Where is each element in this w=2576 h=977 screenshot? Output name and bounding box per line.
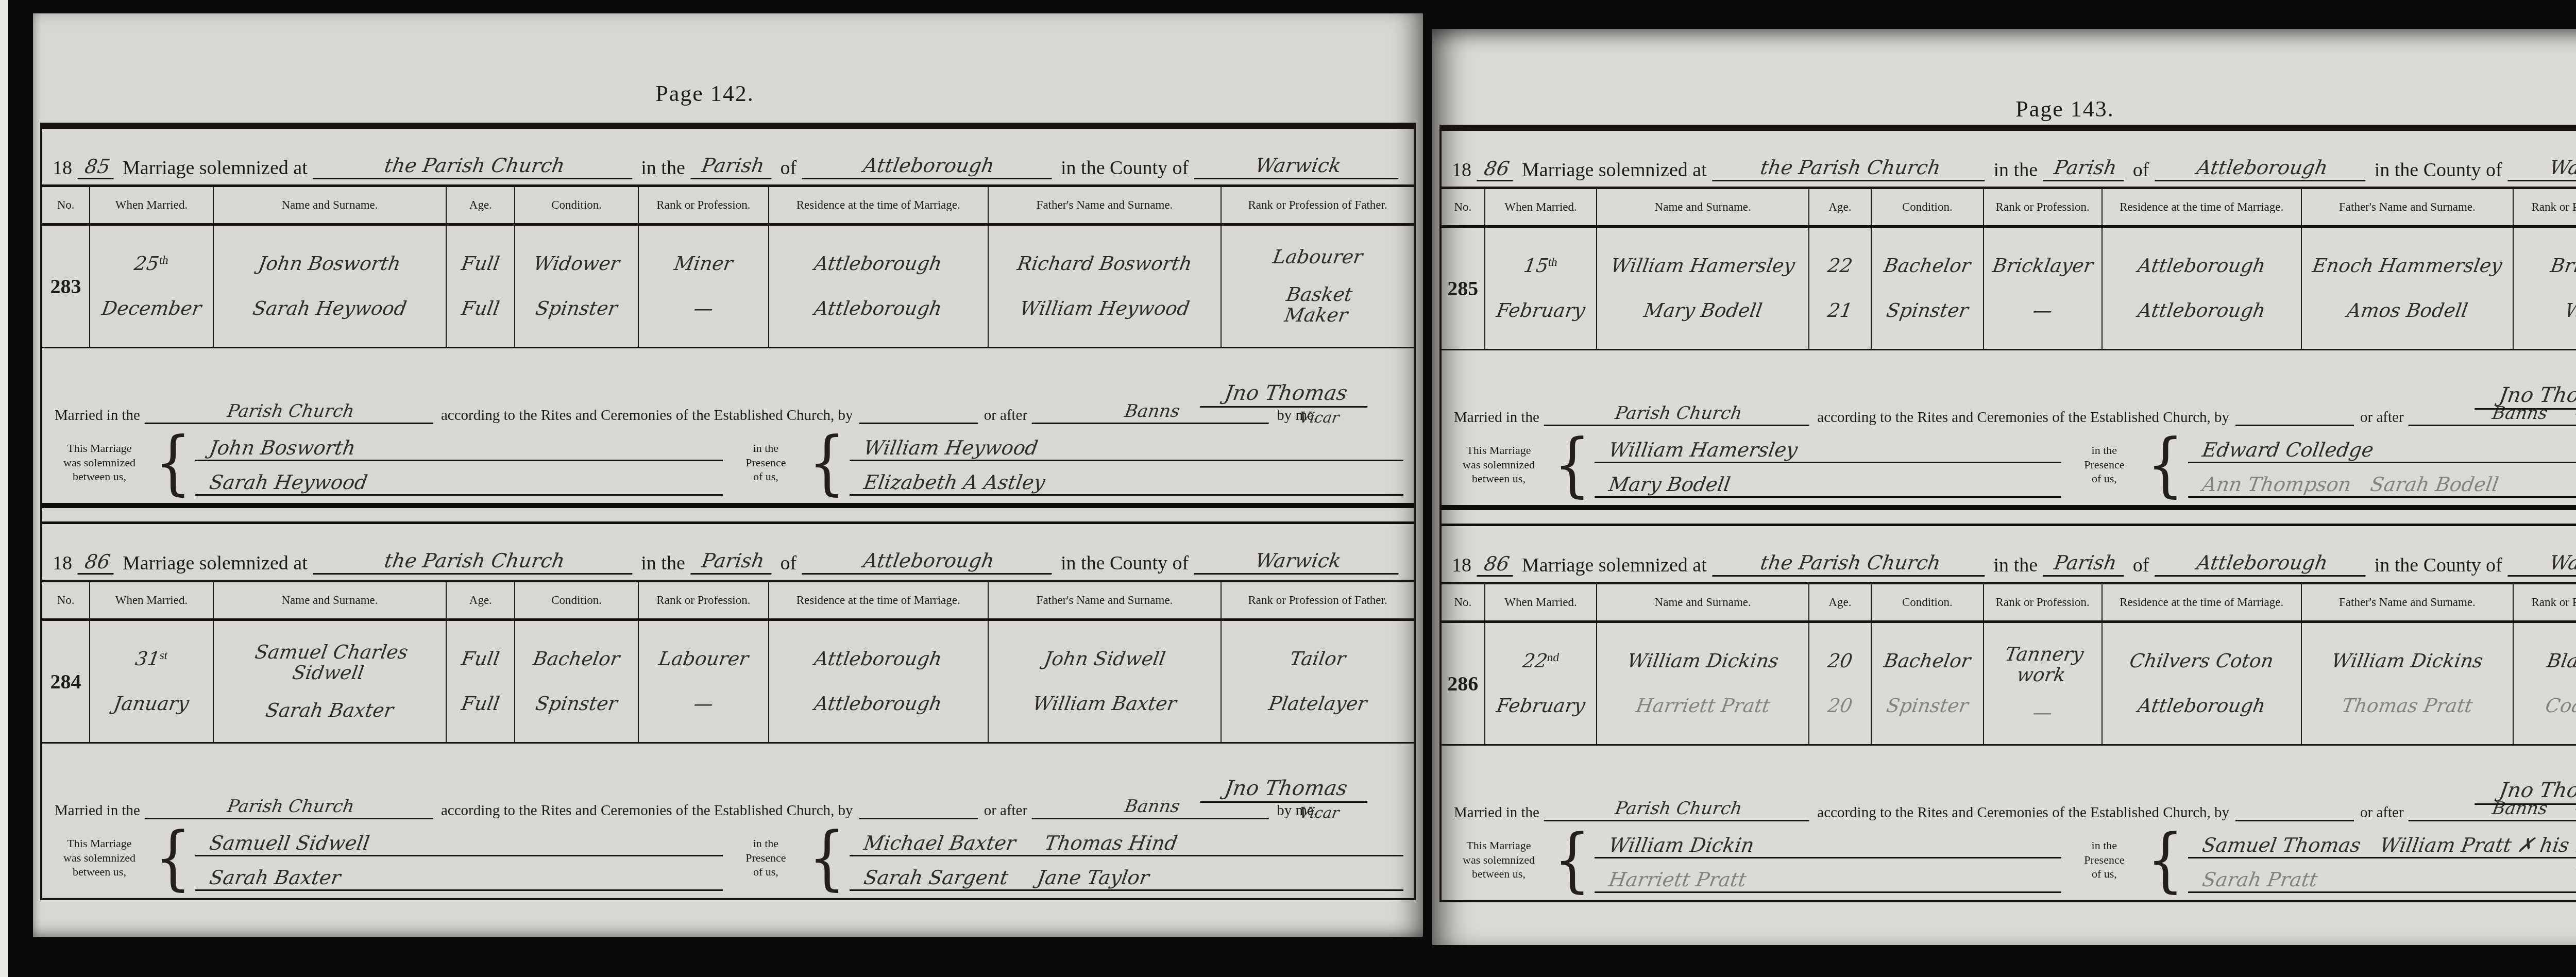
caption-text: Marriage solemnized at bbox=[1522, 159, 1707, 181]
column-header-age: Age. bbox=[1809, 189, 1872, 225]
column-header-name: Name and Surname. bbox=[214, 582, 447, 618]
when-married-cell: 15th February bbox=[1485, 228, 1598, 349]
according-label: according to the Rites and Ceremonies of… bbox=[441, 802, 853, 819]
record-number: 283 bbox=[50, 274, 81, 298]
age-cell: FullFull bbox=[447, 621, 515, 742]
book-spine-edge bbox=[0, 0, 8, 977]
witness-line: Sarah Pratt bbox=[2188, 861, 2576, 893]
groom-rank: Labourer bbox=[657, 649, 750, 669]
groom-signature-line: Samuell Sidwell bbox=[195, 824, 723, 856]
witness-brace bbox=[808, 419, 845, 506]
witness-signatures: Edward Colledge Ann Thompson Sarah Bodel… bbox=[2188, 428, 2576, 501]
column-header-no: No. bbox=[42, 187, 90, 223]
condition-cell: BachelorSpinster bbox=[515, 621, 639, 742]
attestation-row: This Marriage was solemnized between us,… bbox=[42, 819, 1414, 898]
caption-text: in the County of bbox=[2375, 159, 2502, 181]
condition-cell: BachelorSpinster bbox=[1872, 623, 1984, 744]
groom-condition: Bachelor bbox=[1883, 651, 1972, 671]
column-header-father: Father's Name and Surname. bbox=[989, 187, 1222, 223]
bride-signature-line: Sarah Baxter bbox=[195, 859, 723, 891]
column-header-no: No. bbox=[1442, 584, 1485, 620]
father-cell: Enoch HammersleyAmos Bodell bbox=[2302, 228, 2514, 349]
year-prefix: 18 bbox=[1452, 159, 1471, 181]
couple-signatures: William Hamersley Mary Bodell bbox=[1595, 428, 2061, 501]
bride-signature-line: Mary Bodell bbox=[1595, 466, 2061, 498]
groom-residence: Chilvers Coton bbox=[2128, 651, 2275, 671]
bride-father-rank: Platelayer bbox=[1267, 694, 1368, 714]
presence-label: in the Presence of us, bbox=[727, 821, 804, 894]
parish-field: Attleborough bbox=[802, 549, 1056, 575]
residence-cell: AttleboroughAttleborough bbox=[2103, 228, 2302, 349]
attestation-row: This Marriage was solemnized between us,… bbox=[1442, 426, 2576, 505]
witness-signature-2: Sarah Pratt bbox=[2200, 868, 2319, 891]
witness-signature-1: Michael Baxter Thomas Hind bbox=[862, 832, 1179, 854]
column-header-age: Age. bbox=[447, 187, 515, 223]
day-number: 15 bbox=[1522, 256, 1550, 276]
married-in-label: Married in the bbox=[55, 407, 140, 424]
groom-father-rank: Labourer bbox=[1272, 247, 1364, 267]
register-caption: 18 85 Marriage solemnized at the Parish … bbox=[42, 129, 1414, 184]
license-blank bbox=[859, 404, 978, 424]
day-suffix: th bbox=[158, 254, 169, 267]
register-caption: 18 86 Marriage solemnized at the Parish … bbox=[1442, 526, 2576, 582]
caption-text: of bbox=[2133, 554, 2149, 577]
parish-field: Attleborough bbox=[2155, 156, 2369, 181]
column-header-name: Name and Surname. bbox=[1597, 189, 1809, 225]
bride-name: Harriett Pratt bbox=[1634, 696, 1771, 716]
groom-age: Full bbox=[460, 649, 501, 669]
groom-rank: Tannery work bbox=[2000, 644, 2085, 685]
witness-line: William Heywood bbox=[850, 429, 1403, 461]
groom-father: John Sidwell bbox=[1042, 649, 1166, 669]
rank-cell: Miner— bbox=[639, 226, 769, 347]
record-number: 286 bbox=[1447, 671, 1478, 696]
year-handwritten: 86 bbox=[1477, 157, 1516, 181]
rank-cell: Tannery work— bbox=[1984, 623, 2103, 744]
residence-cell: AttleboroughAttleborough bbox=[769, 226, 989, 347]
county-field: Warwick bbox=[1194, 154, 1402, 179]
groom-father: Richard Bosworth bbox=[1016, 254, 1194, 274]
witness-brace bbox=[2147, 816, 2183, 903]
column-header-condition: Condition. bbox=[515, 187, 639, 223]
attestation-label: This Marriage was solemnized between us, bbox=[1448, 823, 1550, 896]
officiant-row: Married in the Parish Church according t… bbox=[1442, 746, 2576, 821]
register-table: 18 85 Marriage solemnized at the Parish … bbox=[40, 123, 1416, 900]
column-headers: No. When Married. Name and Surname. Age.… bbox=[42, 580, 1414, 621]
when-married-cell: 25th December bbox=[90, 226, 214, 347]
day-suffix: th bbox=[1547, 256, 1558, 269]
wedding-month: December bbox=[100, 298, 203, 319]
marriage-record-284: 18 86 Marriage solemnized at the Parish … bbox=[42, 524, 1414, 898]
attestation-label: This Marriage was solemnized between us, bbox=[48, 426, 150, 499]
groom-father-rank: Tailor bbox=[1289, 649, 1347, 669]
attestation-label: This Marriage was solemnized between us, bbox=[48, 821, 150, 894]
couple-signatures: Samuell Sidwell Sarah Baxter bbox=[195, 821, 723, 894]
column-header-when-married: When Married. bbox=[90, 187, 214, 223]
father-rank-cell: TailorPlatelayer bbox=[1222, 621, 1414, 742]
officiant-name: Jno Thomas bbox=[2475, 779, 2576, 805]
names-cell: William DickinsHarriett Pratt bbox=[1597, 623, 1809, 744]
day-suffix: nd bbox=[1546, 651, 1560, 664]
bride-condition: Spinster bbox=[534, 298, 619, 319]
wedding-day: 22nd bbox=[1523, 651, 1559, 671]
groom-signature: John Bosworth bbox=[208, 436, 358, 459]
bride-father-rank: Weaver bbox=[2564, 300, 2576, 321]
parish-field: Attleborough bbox=[802, 154, 1056, 179]
witness-signature-1: Samuel Thomas William Pratt ✗ his mark bbox=[2200, 834, 2576, 856]
wedding-day: 15th bbox=[1524, 256, 1557, 276]
officiant-signature: Jno Thomas Vicar bbox=[1202, 777, 1369, 821]
parish-word-field: Parish bbox=[690, 154, 775, 179]
bride-father-rank: Basket Maker bbox=[1282, 284, 1354, 326]
names-cell: Samuel Charles SidwellSarah Baxter bbox=[214, 621, 447, 742]
bride-father-rank: Coal dealer bbox=[2544, 696, 2576, 716]
groom-condition: Bachelor bbox=[1883, 256, 1972, 276]
church-field: the Parish Church bbox=[1712, 551, 1989, 577]
bride-rank: — bbox=[692, 298, 715, 319]
presence-label: in the Presence of us, bbox=[2065, 428, 2143, 501]
column-header-father: Father's Name and Surname. bbox=[989, 582, 1222, 618]
column-header-father-rank: Rank or Profession of Father. bbox=[2514, 584, 2576, 620]
caption-text: in the County of bbox=[1061, 552, 1189, 575]
names-cell: William HamersleyMary Bodell bbox=[1597, 228, 1809, 349]
bride-name: Mary Bodell bbox=[1642, 300, 1764, 321]
bride-rank: — bbox=[2031, 702, 2054, 723]
caption-text: of bbox=[781, 157, 797, 179]
year-prefix: 18 bbox=[53, 157, 72, 179]
church-field: the Parish Church bbox=[313, 154, 636, 179]
groom-age: 20 bbox=[1826, 651, 1854, 671]
year-prefix: 18 bbox=[1452, 554, 1471, 577]
father-rank-cell: LabourerBasket Maker bbox=[1222, 226, 1414, 347]
marriage-record-286: 18 86 Marriage solemnized at the Parish … bbox=[1442, 526, 2576, 900]
couple-brace bbox=[155, 814, 191, 901]
day-suffix: st bbox=[159, 649, 168, 662]
record-number: 285 bbox=[1447, 276, 1478, 300]
residence-cell: AttleboroughAttleborough bbox=[769, 621, 989, 742]
or-after-label: or after bbox=[2360, 409, 2404, 426]
groom-residence: Attleborough bbox=[813, 254, 943, 274]
witness-signatures: Michael Baxter Thomas Hind Sarah Sargent… bbox=[850, 821, 1403, 894]
column-header-rank: Rank or Profession. bbox=[639, 582, 769, 618]
groom-rank: Miner bbox=[673, 254, 734, 274]
bride-name: Sarah Baxter bbox=[264, 700, 395, 721]
record-number: 284 bbox=[50, 669, 81, 694]
caption-text: in the County of bbox=[1061, 157, 1189, 179]
column-header-condition: Condition. bbox=[1872, 189, 1984, 225]
church-field: the Parish Church bbox=[313, 549, 636, 575]
groom-signature: Samuell Sidwell bbox=[208, 832, 371, 854]
caption-text: in the County of bbox=[2375, 554, 2502, 577]
groom-father-rank: Blacksmith bbox=[2546, 651, 2576, 671]
caption-text: in the bbox=[641, 157, 685, 179]
attestation-row: This Marriage was solemnized between us,… bbox=[1442, 821, 2576, 900]
column-header-name: Name and Surname. bbox=[1597, 584, 1809, 620]
witness-signatures: Samuel Thomas William Pratt ✗ his mark S… bbox=[2188, 823, 2576, 896]
officiant-title: Vicar bbox=[1200, 804, 1371, 821]
year-handwritten: 86 bbox=[77, 550, 117, 575]
groom-name: William Hamersley bbox=[1609, 256, 1797, 276]
when-married-cell: 31st January bbox=[90, 621, 214, 742]
block-divider bbox=[42, 503, 1414, 524]
record-row: 284 31st January Samuel Charles SidwellS… bbox=[42, 621, 1414, 744]
bride-condition: Spinster bbox=[534, 694, 619, 714]
condition-cell: WidowerSpinster bbox=[515, 226, 639, 347]
father-cell: William DickinsThomas Pratt bbox=[2302, 623, 2514, 744]
according-label: according to the Rites and Ceremonies of… bbox=[441, 407, 853, 424]
bride-residence: Attleborough bbox=[2137, 300, 2267, 321]
bride-father: Thomas Pratt bbox=[2341, 696, 2474, 716]
county-field: Warwick bbox=[2507, 156, 2576, 181]
scanned-marriage-register: { "form": { "year_prefix": "18", "period… bbox=[0, 0, 2576, 977]
day-number: 25 bbox=[133, 254, 160, 274]
groom-father: William Dickins bbox=[2330, 651, 2484, 671]
witness-line: Elizabeth A Astley bbox=[850, 464, 1403, 496]
column-header-when-married: When Married. bbox=[1485, 584, 1598, 620]
bride-rank: — bbox=[692, 694, 715, 714]
column-header-residence: Residence at the time of Marriage. bbox=[769, 582, 989, 618]
license-blank bbox=[859, 799, 978, 819]
caption-text: Marriage solemnized at bbox=[123, 157, 308, 179]
register-page-142: Page 142. 18 85 Marriage solemnized at t… bbox=[33, 13, 1423, 937]
bride-signature: Harriett Pratt bbox=[1607, 868, 1748, 891]
year-prefix: 18 bbox=[53, 552, 72, 575]
witness-signature-1: William Heywood bbox=[862, 436, 1039, 459]
license-blank bbox=[2235, 406, 2354, 426]
attestation-row: This Marriage was solemnized between us,… bbox=[42, 424, 1414, 503]
witness-signature-2: Sarah Sargent Jane Taylor bbox=[862, 866, 1150, 889]
bride-condition: Spinster bbox=[1885, 300, 1970, 321]
day-number: 22 bbox=[1521, 651, 1548, 671]
attestation-label: This Marriage was solemnized between us, bbox=[1448, 428, 1550, 501]
groom-name: John Bosworth bbox=[257, 254, 402, 274]
column-header-condition: Condition. bbox=[1872, 584, 1984, 620]
bride-age: Full bbox=[460, 694, 501, 714]
bride-signature: Mary Bodell bbox=[1607, 473, 1732, 496]
residence-cell: Chilvers CotonAttleborough bbox=[2103, 623, 2302, 744]
year-handwritten: 85 bbox=[77, 155, 117, 179]
witness-signature-2: Ann Thompson Sarah Bodell bbox=[2200, 473, 2500, 496]
bride-age: 21 bbox=[1826, 300, 1854, 321]
rank-cell: Bricklayer— bbox=[1984, 228, 2103, 349]
column-header-age: Age. bbox=[447, 582, 515, 618]
couple-brace bbox=[155, 419, 191, 506]
column-headers: No. When Married. Name and Surname. Age.… bbox=[1442, 187, 2576, 228]
column-header-rank: Rank or Profession. bbox=[1984, 189, 2103, 225]
presence-label: in the Presence of us, bbox=[727, 426, 804, 499]
couple-signatures: William Dickin Harriett Pratt bbox=[1595, 823, 2061, 896]
groom-signature-line: John Bosworth bbox=[195, 429, 723, 461]
age-cell: FullFull bbox=[447, 226, 515, 347]
officiant-title: Vicar bbox=[2475, 411, 2576, 428]
page-number-label: Page 143. bbox=[1432, 96, 2576, 122]
groom-name: William Dickins bbox=[1626, 651, 1780, 671]
groom-father: Enoch Hammersley bbox=[2311, 256, 2503, 276]
caption-text: Marriage solemnized at bbox=[123, 552, 308, 575]
record-row: 286 22nd February William DickinsHarriet… bbox=[1442, 623, 2576, 746]
or-after-label: or after bbox=[984, 802, 1028, 819]
caption-text: Marriage solemnized at bbox=[1522, 554, 1707, 577]
caption-text: in the bbox=[641, 552, 685, 575]
officiant-row: Married in the Parish Church according t… bbox=[42, 744, 1414, 819]
witness-line: Samuel Thomas William Pratt ✗ his mark bbox=[2188, 827, 2576, 858]
groom-signature-line: William Dickin bbox=[1595, 827, 2061, 858]
groom-name: Samuel Charles Sidwell bbox=[250, 642, 409, 683]
officiant-signature: Jno Thomas Vicar bbox=[2477, 779, 2576, 823]
bride-father: William Baxter bbox=[1031, 694, 1178, 714]
officiant-name: Jno Thomas bbox=[2475, 383, 2576, 410]
couple-signatures: John Bosworth Sarah Heywood bbox=[195, 426, 723, 499]
officiant-title: Vicar bbox=[1200, 409, 1371, 426]
officiant-row: Married in the Parish Church according t… bbox=[42, 348, 1414, 424]
groom-condition: Widower bbox=[532, 254, 621, 274]
witness-line: Michael Baxter Thomas Hind bbox=[850, 824, 1403, 856]
bride-signature-line: Sarah Heywood bbox=[195, 464, 723, 496]
column-header-rank: Rank or Profession. bbox=[639, 187, 769, 223]
bride-age: 20 bbox=[1826, 696, 1854, 716]
names-cell: John BosworthSarah Heywood bbox=[214, 226, 447, 347]
officiant-title: Vicar bbox=[2475, 806, 2576, 823]
bride-father: William Heywood bbox=[1019, 298, 1191, 319]
father-cell: John SidwellWilliam Baxter bbox=[989, 621, 1222, 742]
married-in-label: Married in the bbox=[1454, 409, 1539, 426]
officiant-signature: Jno Thomas Vicar bbox=[2477, 383, 2576, 428]
day-number: 31 bbox=[134, 649, 161, 669]
page-number-label: Page 142. bbox=[33, 80, 1423, 107]
column-header-father-rank: Rank or Profession of Father. bbox=[1222, 582, 1414, 618]
wedding-month: February bbox=[1495, 696, 1587, 716]
county-field: Warwick bbox=[2507, 551, 2576, 577]
officiant-signature: Jno Thomas Vicar bbox=[1202, 381, 1369, 426]
groom-residence: Attleborough bbox=[813, 649, 943, 669]
caption-text: of bbox=[2133, 159, 2149, 181]
age-cell: 2221 bbox=[1809, 228, 1872, 349]
column-header-age: Age. bbox=[1809, 584, 1872, 620]
wedding-day: 25th bbox=[134, 254, 168, 274]
caption-text: in the bbox=[1994, 554, 2038, 577]
caption-text: of bbox=[781, 552, 797, 575]
father-rank-cell: BlacksmithCoal dealer bbox=[2514, 623, 2576, 744]
groom-age: Full bbox=[460, 254, 501, 274]
groom-rank: Bricklayer bbox=[1991, 256, 2094, 276]
father-rank-cell: BricklayerWeaver bbox=[2514, 228, 2576, 349]
column-header-when-married: When Married. bbox=[90, 582, 214, 618]
officiant-row: Married in the Parish Church according t… bbox=[1442, 350, 2576, 426]
record-number-cell: 286 bbox=[1442, 623, 1485, 744]
parish-word-field: Parish bbox=[690, 549, 775, 575]
groom-signature: William Hamersley bbox=[1607, 439, 1800, 461]
groom-signature-line: William Hamersley bbox=[1595, 431, 2061, 463]
when-married-cell: 22nd February bbox=[1485, 623, 1598, 744]
column-header-father-rank: Rank or Profession of Father. bbox=[1222, 187, 1414, 223]
register-page-143: Page 143. 18 86 Marriage solemnized at t… bbox=[1432, 29, 2576, 945]
bride-signature-line: Harriett Pratt bbox=[1595, 861, 2061, 893]
marriage-record-285: 18 86 Marriage solemnized at the Parish … bbox=[1442, 131, 2576, 505]
witness-brace bbox=[808, 814, 845, 901]
column-header-father: Father's Name and Surname. bbox=[2302, 584, 2514, 620]
bride-signature: Sarah Baxter bbox=[208, 866, 343, 889]
record-number-cell: 283 bbox=[42, 226, 90, 347]
parish-field: Attleborough bbox=[2155, 551, 2369, 577]
officiant-name: Jno Thomas bbox=[1200, 381, 1371, 408]
witness-line: Edward Colledge bbox=[2188, 431, 2576, 463]
bride-signature: Sarah Heywood bbox=[208, 471, 369, 494]
parish-word-field: Parish bbox=[2043, 156, 2128, 181]
groom-father-rank: Bricklayer bbox=[2549, 256, 2576, 276]
record-row: 283 25th December John BosworthSarah Hey… bbox=[42, 226, 1414, 348]
wedding-day: 31st bbox=[135, 649, 167, 669]
column-headers: No. When Married. Name and Surname. Age.… bbox=[1442, 582, 2576, 623]
register-caption: 18 86 Marriage solemnized at the Parish … bbox=[1442, 131, 2576, 187]
column-header-residence: Residence at the time of Marriage. bbox=[2103, 584, 2302, 620]
bride-condition: Spinster bbox=[1885, 696, 1970, 716]
church-field: the Parish Church bbox=[1712, 156, 1989, 181]
column-header-no: No. bbox=[42, 582, 90, 618]
bride-residence: Attleborough bbox=[813, 694, 943, 714]
record-row: 285 15th February William HamersleyMary … bbox=[1442, 228, 2576, 350]
year-handwritten: 86 bbox=[1477, 552, 1516, 577]
groom-residence: Attleborough bbox=[2137, 256, 2267, 276]
column-header-no: No. bbox=[1442, 189, 1485, 225]
presence-label: in the Presence of us, bbox=[2065, 823, 2143, 896]
register-table: 18 86 Marriage solemnized at the Parish … bbox=[1439, 125, 2576, 902]
column-header-residence: Residence at the time of Marriage. bbox=[2103, 189, 2302, 225]
bride-father: Amos Bodell bbox=[2346, 300, 2469, 321]
column-headers: No. When Married. Name and Surname. Age.… bbox=[42, 184, 1414, 226]
witness-signatures: William Heywood Elizabeth A Astley bbox=[850, 426, 1403, 499]
bride-rank: — bbox=[2031, 300, 2054, 321]
column-header-when-married: When Married. bbox=[1485, 189, 1598, 225]
bride-residence: Attleborough bbox=[2137, 696, 2267, 716]
married-in-label: Married in the bbox=[1454, 804, 1539, 821]
parish-word-field: Parish bbox=[2043, 551, 2128, 577]
record-number-cell: 284 bbox=[42, 621, 90, 742]
register-caption: 18 86 Marriage solemnized at the Parish … bbox=[42, 524, 1414, 580]
witness-signature-1: Edward Colledge bbox=[2200, 439, 2375, 461]
or-after-label: or after bbox=[2360, 804, 2404, 821]
column-header-residence: Residence at the time of Marriage. bbox=[769, 187, 989, 223]
couple-brace bbox=[1554, 421, 1590, 508]
condition-cell: BachelorSpinster bbox=[1872, 228, 1984, 349]
witness-signature-2: Elizabeth A Astley bbox=[862, 471, 1046, 494]
bride-name: Sarah Heywood bbox=[251, 298, 408, 319]
age-cell: 2020 bbox=[1809, 623, 1872, 744]
groom-signature: William Dickin bbox=[1607, 834, 1756, 856]
rank-cell: Labourer— bbox=[639, 621, 769, 742]
witness-brace bbox=[2147, 421, 2183, 508]
county-field: Warwick bbox=[1194, 549, 1402, 575]
column-header-condition: Condition. bbox=[515, 582, 639, 618]
wedding-month: February bbox=[1495, 300, 1587, 321]
block-divider bbox=[1442, 505, 2576, 526]
groom-condition: Bachelor bbox=[532, 649, 621, 669]
bride-age: Full bbox=[460, 298, 501, 319]
column-header-name: Name and Surname. bbox=[214, 187, 447, 223]
or-after-label: or after bbox=[984, 407, 1028, 424]
record-number-cell: 285 bbox=[1442, 228, 1485, 349]
bride-residence: Attleborough bbox=[813, 298, 943, 319]
couple-brace bbox=[1554, 816, 1590, 903]
marriage-record-283: 18 85 Marriage solemnized at the Parish … bbox=[42, 129, 1414, 503]
witness-line: Sarah Sargent Jane Taylor bbox=[850, 859, 1403, 891]
caption-text: in the bbox=[1994, 159, 2038, 181]
groom-age: 22 bbox=[1826, 256, 1854, 276]
column-header-father-rank: Rank or Profession of Father. bbox=[2514, 189, 2576, 225]
witness-line: Ann Thompson Sarah Bodell bbox=[2188, 466, 2576, 498]
married-in-label: Married in the bbox=[55, 802, 140, 819]
column-header-father: Father's Name and Surname. bbox=[2302, 189, 2514, 225]
license-blank bbox=[2235, 801, 2354, 821]
